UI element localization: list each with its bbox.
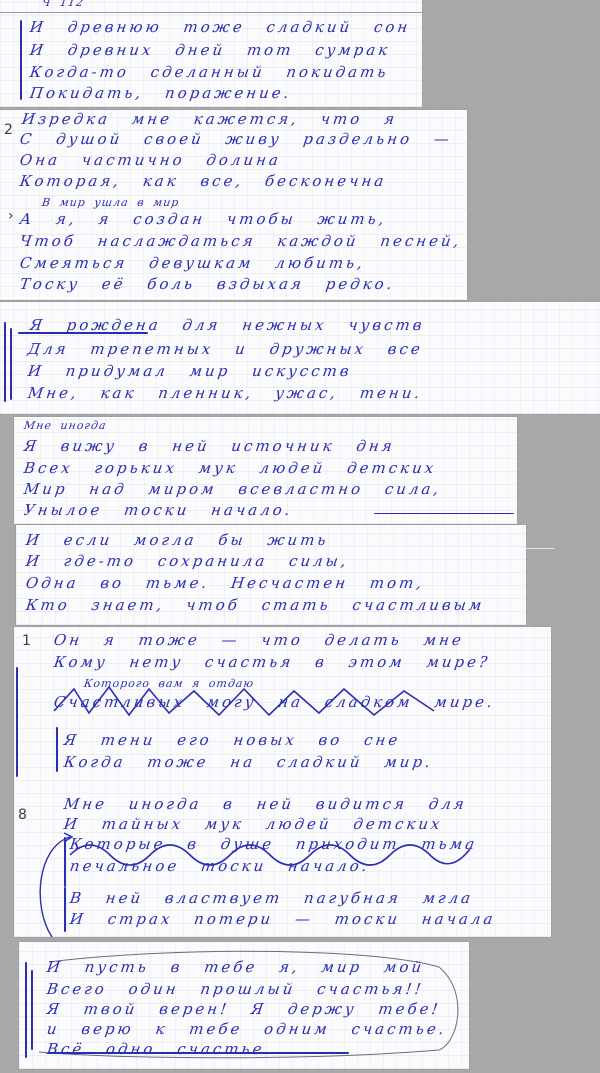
margin-bar — [31, 970, 33, 1050]
margin-number: 8 — [18, 807, 27, 823]
text-line: И пусть в тебе я, мир мой — [46, 958, 426, 976]
text-line: Я тени его новых во сне — [63, 731, 402, 749]
manuscript-strip-5: 1 Он я тоже — что делать мне Кому нету с… — [14, 627, 551, 937]
header-fragment: Ч 112 — [41, 0, 85, 9]
text-line: Когда тоже на сладкий мир. — [63, 753, 434, 771]
divider — [526, 548, 554, 549]
text-line: А я, я создан чтобы жить, — [19, 210, 388, 228]
text-line: И где-то сохранила силы, — [25, 552, 350, 570]
text-line: Кто знает, чтоб стать счастливым — [25, 596, 486, 614]
text-line: И если могла бы жить — [25, 531, 330, 549]
text-line: И придумал мир искусств — [27, 362, 353, 380]
manuscript-strip-2: Я рождена для нежных чувств Для трепетны… — [0, 302, 600, 414]
text-line: Мне, как пленник, ужас, тени. — [27, 384, 424, 402]
margin-bar — [20, 20, 22, 100]
scribble-strike — [70, 835, 470, 865]
margin-number: 1 — [22, 633, 31, 649]
text-line: Изредка мне кажется, что я — [21, 110, 399, 128]
strikethrough — [49, 1052, 349, 1054]
text-line: Смеяться девушкам любить, — [19, 254, 367, 272]
text-line: Мне иногда в ней видится для — [63, 795, 468, 813]
page-edge — [0, 12, 422, 13]
text-line: Всех горьких мук людей детских — [23, 459, 438, 477]
margin-bar — [10, 328, 12, 400]
margin-bar — [64, 887, 66, 932]
manuscript-strip-7: И пусть в тебе я, мир мой Всего один про… — [19, 942, 469, 1069]
underline-stroke — [374, 513, 514, 514]
scribble-strike — [54, 681, 454, 721]
text-line: Кому нету счастья в этом мире? — [53, 653, 492, 671]
text-line: Мне иногда — [23, 419, 107, 432]
manuscript-strip-0: Ч 112 И древнюю тоже сладкий сон И древн… — [0, 0, 422, 107]
text-line: Когда-то сделанный покидать — [29, 63, 390, 81]
text-line: Я твой верен! Я держу тебе! — [46, 1000, 442, 1018]
text-line: И страх потери — тоски начала — [69, 910, 497, 928]
text-line: Я вижу в ней источник дня — [23, 437, 396, 455]
manuscript-strip-4: И если могла бы жить И где-то сохранила … — [16, 525, 526, 625]
text-line: И древнюю тоже сладкий сон — [29, 18, 412, 36]
manuscript-strip-1: 2 › Изредка мне кажется, что я С душой с… — [0, 110, 467, 300]
text-line: В мир ушла в мир — [41, 196, 180, 209]
text-line: В ней властвует пагубная мгла — [69, 889, 475, 907]
text-line: С душой своей живу раздельно — — [19, 130, 454, 148]
text-line: Унылое тоски начало. — [23, 501, 294, 519]
margin-number: 2 — [4, 122, 13, 138]
text-line: Всё одно счастье. — [46, 1040, 274, 1058]
margin-bar — [56, 727, 58, 772]
text-line: Одна во тьме. Несчастен тот, — [25, 574, 426, 592]
text-line: и верю к тебе одним счастье. — [46, 1020, 448, 1038]
text-line: Она частично долина — [19, 151, 283, 169]
text-line: Которая, как все, бесконечна — [19, 172, 388, 190]
manuscript-strip-3: Мне иногда Я вижу в ней источник дня Все… — [14, 417, 517, 524]
text-line: И тайных мук людей детских — [63, 815, 444, 833]
text-line: Тоску её боль вздыхая редко. — [19, 275, 396, 293]
margin-arrow: › — [8, 208, 14, 224]
text-line: И древних дней тот сумрак — [29, 41, 392, 59]
margin-bar — [4, 322, 6, 402]
margin-bar — [16, 667, 18, 777]
text-line: Всего один прошлый счастья!! — [46, 980, 425, 998]
text-line: Покидать, поражение. — [29, 84, 293, 102]
text-line: Чтоб наслаждаться каждой песней, — [19, 232, 463, 250]
text-line: Мир над миром всевластно сила, — [23, 480, 443, 498]
text-line: Он я тоже — что делать мне — [53, 631, 465, 649]
strikethrough — [18, 332, 148, 334]
margin-bar — [25, 962, 27, 1058]
text-line: Для трепетных и дружных все — [27, 340, 424, 358]
